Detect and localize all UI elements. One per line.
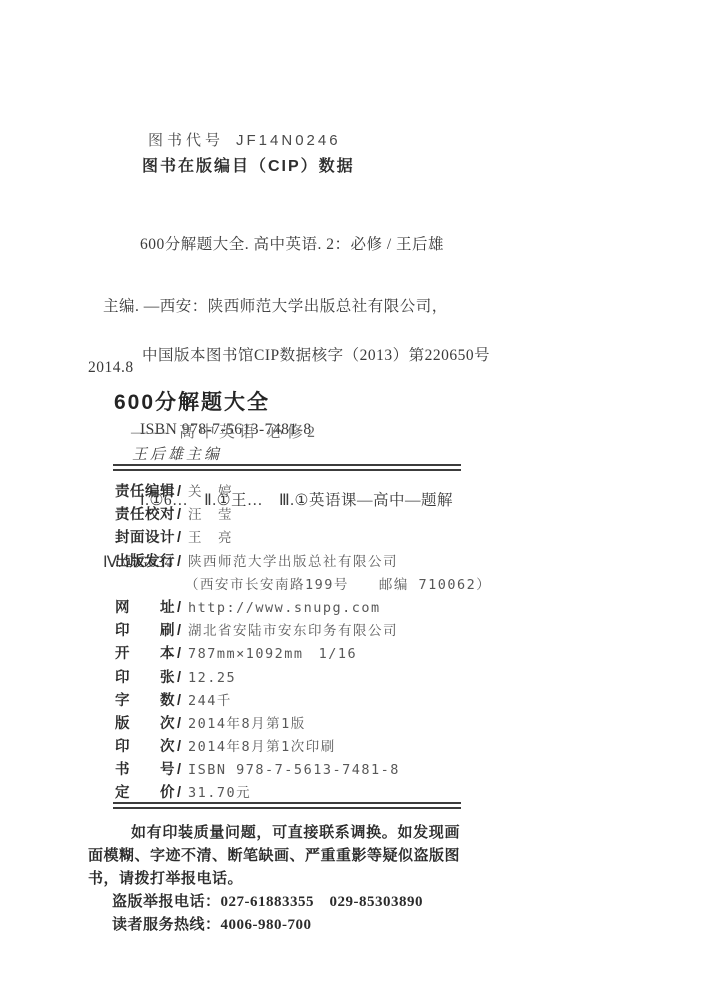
colophon-separator: /	[177, 530, 181, 546]
colophon: 责任编辑 / 关 婷 责任校对 / 汪 莹 封面设计 / 王 亮 出版发行 / …	[115, 480, 491, 805]
colophon-row-publisher: 出版发行 / 陕西师范大学出版总社有限公司	[115, 550, 491, 573]
colophon-value: 244千	[188, 689, 232, 709]
cip-record-line-1: 600分解题大全. 高中英语. 2：必修 / 王后雄	[103, 235, 473, 256]
colophon-label: 开 本	[115, 642, 177, 663]
colophon-label: 封面设计	[115, 526, 177, 547]
colophon-value: 31.70元	[188, 781, 251, 801]
colophon-separator: /	[177, 693, 181, 709]
colophon-value: 汪 莹	[188, 503, 233, 523]
divider-rule-bottom	[113, 802, 461, 809]
colophon-row-printer: 印 刷 / 湖北省安陆市安东印务有限公司	[115, 619, 491, 642]
reader-service-hotline: 读者服务热线：4006-980-700	[112, 914, 460, 937]
colophon-row-editor: 责任编辑 / 关 婷	[115, 480, 491, 503]
colophon-separator: /	[177, 670, 181, 686]
colophon-row-sheets: 印 张 / 12.25	[115, 666, 491, 689]
colophon-value: 陕西师范大学出版总社有限公司	[188, 550, 398, 570]
colophon-separator: /	[177, 646, 181, 662]
cip-record-line-2: 主编. —西安：陕西师范大学出版总社有限公司，	[103, 297, 473, 318]
colophon-separator: /	[177, 762, 181, 778]
book-subtitle: —— 高中英语 必修2	[131, 419, 319, 442]
colophon-separator: /	[177, 554, 181, 570]
colophon-separator: /	[177, 785, 181, 801]
colophon-separator: /	[177, 623, 181, 639]
colophon-row-isbn: 书 号 / ISBN 978-7-5613-7481-8	[115, 758, 491, 781]
colophon-value: 12.25	[188, 670, 236, 686]
publisher-website-url: http://www.snupg.com	[188, 600, 381, 616]
colophon-row-edition: 版 次 / 2014年8月第1版	[115, 712, 491, 735]
cip-registry-number: 中国版本图书馆CIP数据核字（2013）第220650号	[142, 343, 490, 365]
colophon-label: 印 次	[115, 735, 177, 756]
colophon-separator: /	[177, 507, 181, 523]
colophon-row-format: 开 本 / 787mm×1092mm 1/16	[115, 642, 491, 665]
colophon-label: 责任编辑	[115, 480, 177, 501]
colophon-label: 字 数	[115, 689, 177, 710]
book-code-label: 图书代号	[148, 133, 224, 149]
colophon-row-website: 网 址 / http://www.snupg.com	[115, 596, 491, 619]
colophon-row-word-count: 字 数 / 244千	[115, 689, 491, 712]
divider-rule-top	[113, 464, 461, 471]
colophon-row-proofreader: 责任校对 / 汪 莹	[115, 503, 491, 526]
book-title: 600分解题大全	[114, 386, 270, 416]
colophon-separator: /	[177, 484, 181, 500]
colophon-label: 印 张	[115, 666, 177, 687]
colophon-value: 关 婷	[188, 480, 233, 500]
colophon-value: 787mm×1092mm 1/16	[188, 642, 357, 662]
colophon-value: 湖北省安陆市安东印务有限公司	[188, 619, 398, 639]
colophon-label: 出版发行	[115, 550, 177, 571]
book-editor: 王后雄主编	[132, 443, 222, 464]
publisher-address: （西安市长安南路199号 邮编 710062）	[115, 573, 491, 596]
colophon-value: 2014年8月第1次印刷	[188, 735, 336, 755]
colophon-value: ISBN 978-7-5613-7481-8	[188, 762, 400, 778]
quality-notice-text: 如有印装质量问题，可直接联系调换。如发现画面模糊、字迹不清、断笔缺画、严重重影等…	[88, 822, 460, 891]
colophon-row-printing: 印 次 / 2014年8月第1次印刷	[115, 735, 491, 758]
colophon-label: 书 号	[115, 758, 177, 779]
piracy-hotline: 盗版举报电话：027-61883355 029-85303890	[112, 891, 460, 914]
quality-notice-block: 如有印装质量问题，可直接联系调换。如发现画面模糊、字迹不清、断笔缺画、严重重影等…	[88, 822, 460, 937]
colophon-value: 王 亮	[188, 526, 233, 546]
colophon-label: 责任校对	[115, 503, 177, 524]
colophon-separator: /	[177, 739, 181, 755]
colophon-label: 印 刷	[115, 619, 177, 640]
colophon-separator: /	[177, 716, 181, 732]
colophon-value: 2014年8月第1版	[188, 712, 306, 732]
cip-heading: 图书在版编目（CIP）数据	[142, 153, 355, 176]
colophon-label: 版 次	[115, 712, 177, 733]
book-code-value: JF14N0246	[236, 132, 341, 149]
colophon-separator: /	[177, 600, 181, 616]
colophon-label: 定 价	[115, 781, 177, 802]
colophon-row-cover-design: 封面设计 / 王 亮	[115, 526, 491, 549]
colophon-label: 网 址	[115, 596, 177, 617]
book-copyright-page: 图书代号JF14N0246 图书在版编目（CIP）数据 600分解题大全. 高中…	[0, 0, 720, 994]
